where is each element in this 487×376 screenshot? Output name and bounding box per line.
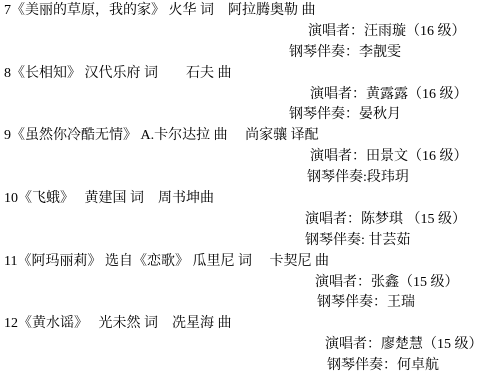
program-item: 10《飞蛾》 黄建国 词 周书坤曲 演唱者：陈梦琪 （15 级） 钢琴伴奏: 甘… xyxy=(4,189,487,252)
pianist-line: 钢琴伴奏: 甘芸茹 xyxy=(305,231,487,252)
program-item: 8《长相知》 汉代乐府 词 石夫 曲 演唱者：黄露露（16 级） 钢琴伴奏：晏秋… xyxy=(4,64,487,127)
program-item: 7《美丽的草原，我的家》 火华 词 阿拉腾奥勒 曲 演唱者：汪雨璇（16 级） … xyxy=(4,1,487,64)
singer-line: 演唱者：田景文（16 级） xyxy=(310,147,487,168)
song-title-line: 12《黄水谣》 光未然 词 冼星海 曲 xyxy=(4,314,487,335)
program-item: 12《黄水谣》 光未然 词 冼星海 曲 演唱者：廖楚慧（15 级） 钢琴伴奏：何… xyxy=(4,314,487,376)
singer-line: 演唱者：廖楚慧（15 级） xyxy=(325,335,487,356)
singer-line: 演唱者：汪雨璇（16 级） xyxy=(308,22,487,43)
singer-line: 演唱者：黄露露（16 级） xyxy=(310,85,487,106)
song-title-line: 8《长相知》 汉代乐府 词 石夫 曲 xyxy=(4,64,487,85)
program-item: 9《虽然你冷酷无情》 A.卡尔达拉 曲 尚家骧 译配 演唱者：田景文（16 级）… xyxy=(4,126,487,189)
singer-line: 演唱者：张鑫（15 级） xyxy=(315,273,487,294)
song-title-line: 9《虽然你冷酷无情》 A.卡尔达拉 曲 尚家骧 译配 xyxy=(4,126,487,147)
program-item: 11《阿玛丽莉》 选自《恋歌》 瓜里尼 词 卡契尼 曲 演唱者：张鑫（15 级）… xyxy=(4,252,487,315)
pianist-line: 钢琴伴奏：何卓航 xyxy=(327,356,487,376)
song-title-line: 11《阿玛丽莉》 选自《恋歌》 瓜里尼 词 卡契尼 曲 xyxy=(4,252,487,273)
pianist-line: 钢琴伴奏：王瑞 xyxy=(317,293,487,314)
pianist-line: 钢琴伴奏：晏秋月 xyxy=(289,105,487,126)
pianist-line: 钢琴伴奏：李靓雯 xyxy=(289,43,487,64)
song-title-line: 10《飞蛾》 黄建国 词 周书坤曲 xyxy=(4,189,487,210)
pianist-line: 钢琴伴奏:段玮玥 xyxy=(307,168,487,189)
document-page: 7《美丽的草原，我的家》 火华 词 阿拉腾奥勒 曲 演唱者：汪雨璇（16 级） … xyxy=(0,0,487,376)
singer-line: 演唱者：陈梦琪 （15 级） xyxy=(305,210,487,231)
song-title-line: 7《美丽的草原，我的家》 火华 词 阿拉腾奥勒 曲 xyxy=(4,1,487,22)
